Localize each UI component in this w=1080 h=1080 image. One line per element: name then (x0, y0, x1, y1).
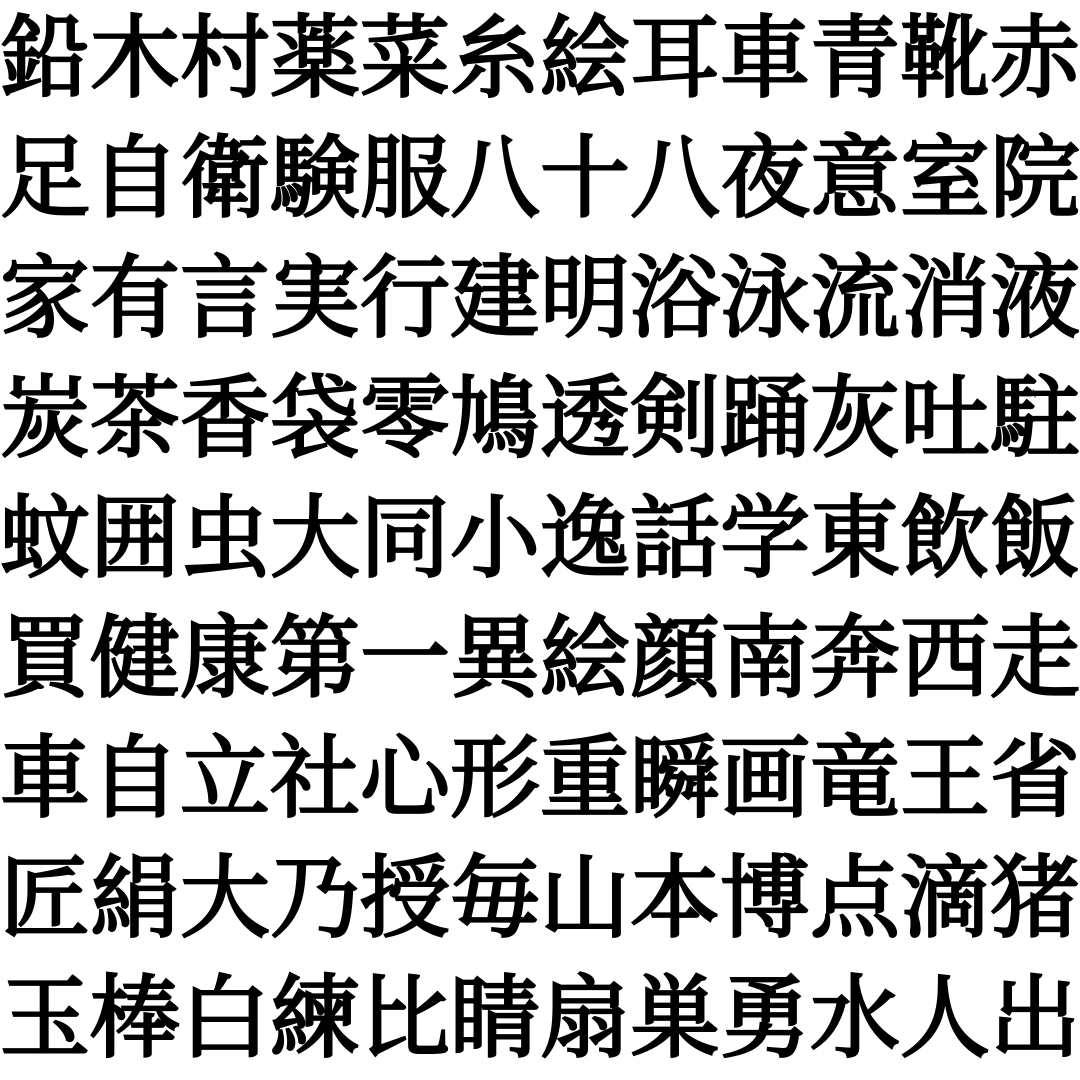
page: 鉛木村薬菜糸絵耳車青靴赤 足自衛験服八十八夜意室院 家有言実行建明浴泳流消液 炭… (0, 0, 1080, 1080)
kanji-grid: 鉛木村薬菜糸絵耳車青靴赤 足自衛験服八十八夜意室院 家有言実行建明浴泳流消液 炭… (0, 0, 1080, 1080)
kanji-row-6: 買健康第一異絵顔南奔西走 (0, 600, 1080, 720)
kanji-row-4: 炭茶香袋零鳩透剣踊灰吐駐 (0, 360, 1080, 480)
kanji-row-5: 蚊囲虫大同小逸話学東飲飯 (0, 480, 1080, 600)
kanji-row-3: 家有言実行建明浴泳流消液 (0, 240, 1080, 360)
kanji-row-9: 玉棒白練比睛扇巣勇水人出 (0, 960, 1080, 1080)
kanji-row-2: 足自衛験服八十八夜意室院 (0, 120, 1080, 240)
kanji-row-1: 鉛木村薬菜糸絵耳車青靴赤 (0, 0, 1080, 120)
kanji-row-7: 車自立社心形重瞬画竜王省 (0, 720, 1080, 840)
kanji-row-8: 匠絹大乃授毎山本博点滴猪 (0, 840, 1080, 960)
